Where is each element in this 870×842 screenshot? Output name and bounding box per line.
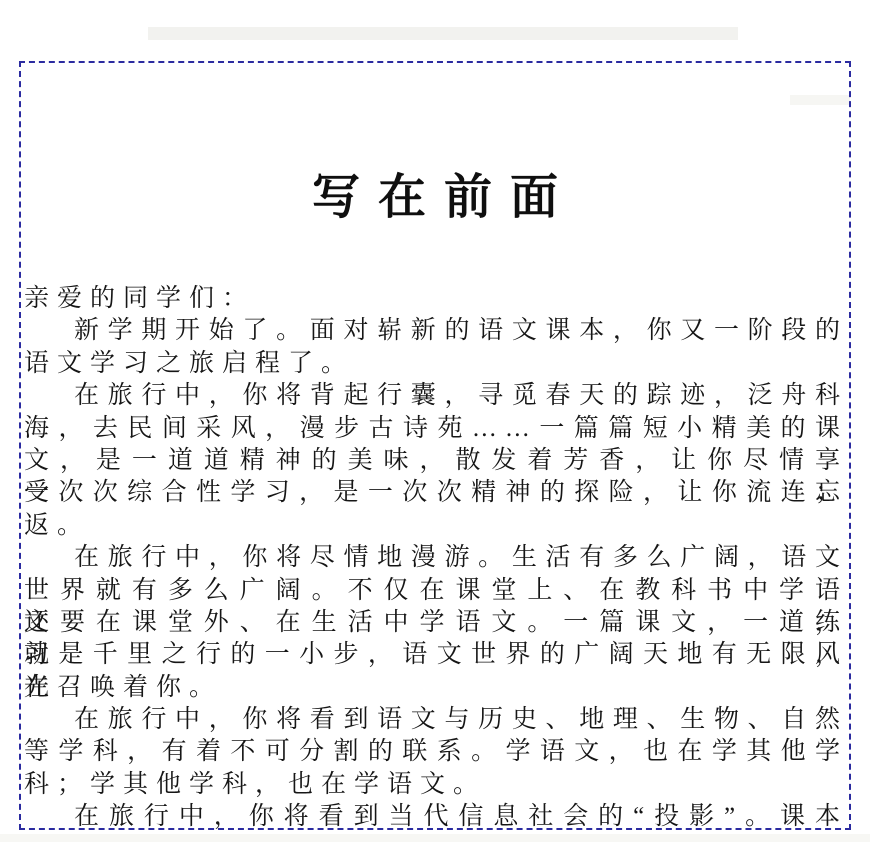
text-line: 新学期开始了。面对崭新的语文课本，你又一阶段的: [24, 315, 848, 347]
text-line-salutation: 亲爱的同学们：: [24, 283, 848, 315]
scanned-document-page: 写在前面 亲爱的同学们： 新学期开始了。面对崭新的语文课本，你又一阶段的 语文学…: [0, 0, 870, 842]
text-line: 在旅行中，你将尽情地漫游。生活有多么广阔，语文: [24, 542, 848, 574]
text-line: 等学科，有着不可分割的联系。学语文，也在学其他学: [24, 736, 848, 768]
scan-artifact: [0, 834, 870, 842]
text-line: 返。: [24, 510, 848, 542]
text-line: 世界就有多么广阔。不仅在课堂上、在教科书中学语文，: [24, 575, 848, 607]
text-line: 一次次综合性学习，是一次次精神的探险，让你流连忘: [24, 477, 848, 509]
text-line: 就是千里之行的一小步，语文世界的广阔天地有无限风光: [24, 639, 848, 671]
page-title: 写在前面: [21, 158, 849, 227]
text-line: 在召唤着你。: [24, 672, 848, 704]
page-border-frame: 写在前面 亲爱的同学们： 新学期开始了。面对崭新的语文课本，你又一阶段的 语文学…: [19, 61, 851, 830]
text-line: 在旅行中，你将背起行囊，寻觅春天的踪迹，泛舟科: [24, 380, 848, 412]
text-line-clipped: 在旅行中，你将看到当代信息社会的“投影”。课本: [24, 801, 848, 833]
text-line: 在旅行中，你将看到语文与历史、地理、生物、自然: [24, 704, 848, 736]
text-line: 海，去民间采风，漫步古诗苑……一篇篇短小精美的课: [24, 413, 848, 445]
text-line: 还要在课堂外、在生活中学语文。一篇课文，一道练习，: [24, 607, 848, 639]
scan-artifact: [148, 27, 738, 40]
text-line: 语文学习之旅启程了。: [24, 348, 848, 380]
text-line: 科；学其他学科，也在学语文。: [24, 769, 848, 801]
body-text: 亲爱的同学们： 新学期开始了。面对崭新的语文课本，你又一阶段的 语文学习之旅启程…: [24, 283, 848, 834]
text-line: 文，是一道道精神的美味，散发着芳香，让你尽情享受；: [24, 445, 848, 477]
